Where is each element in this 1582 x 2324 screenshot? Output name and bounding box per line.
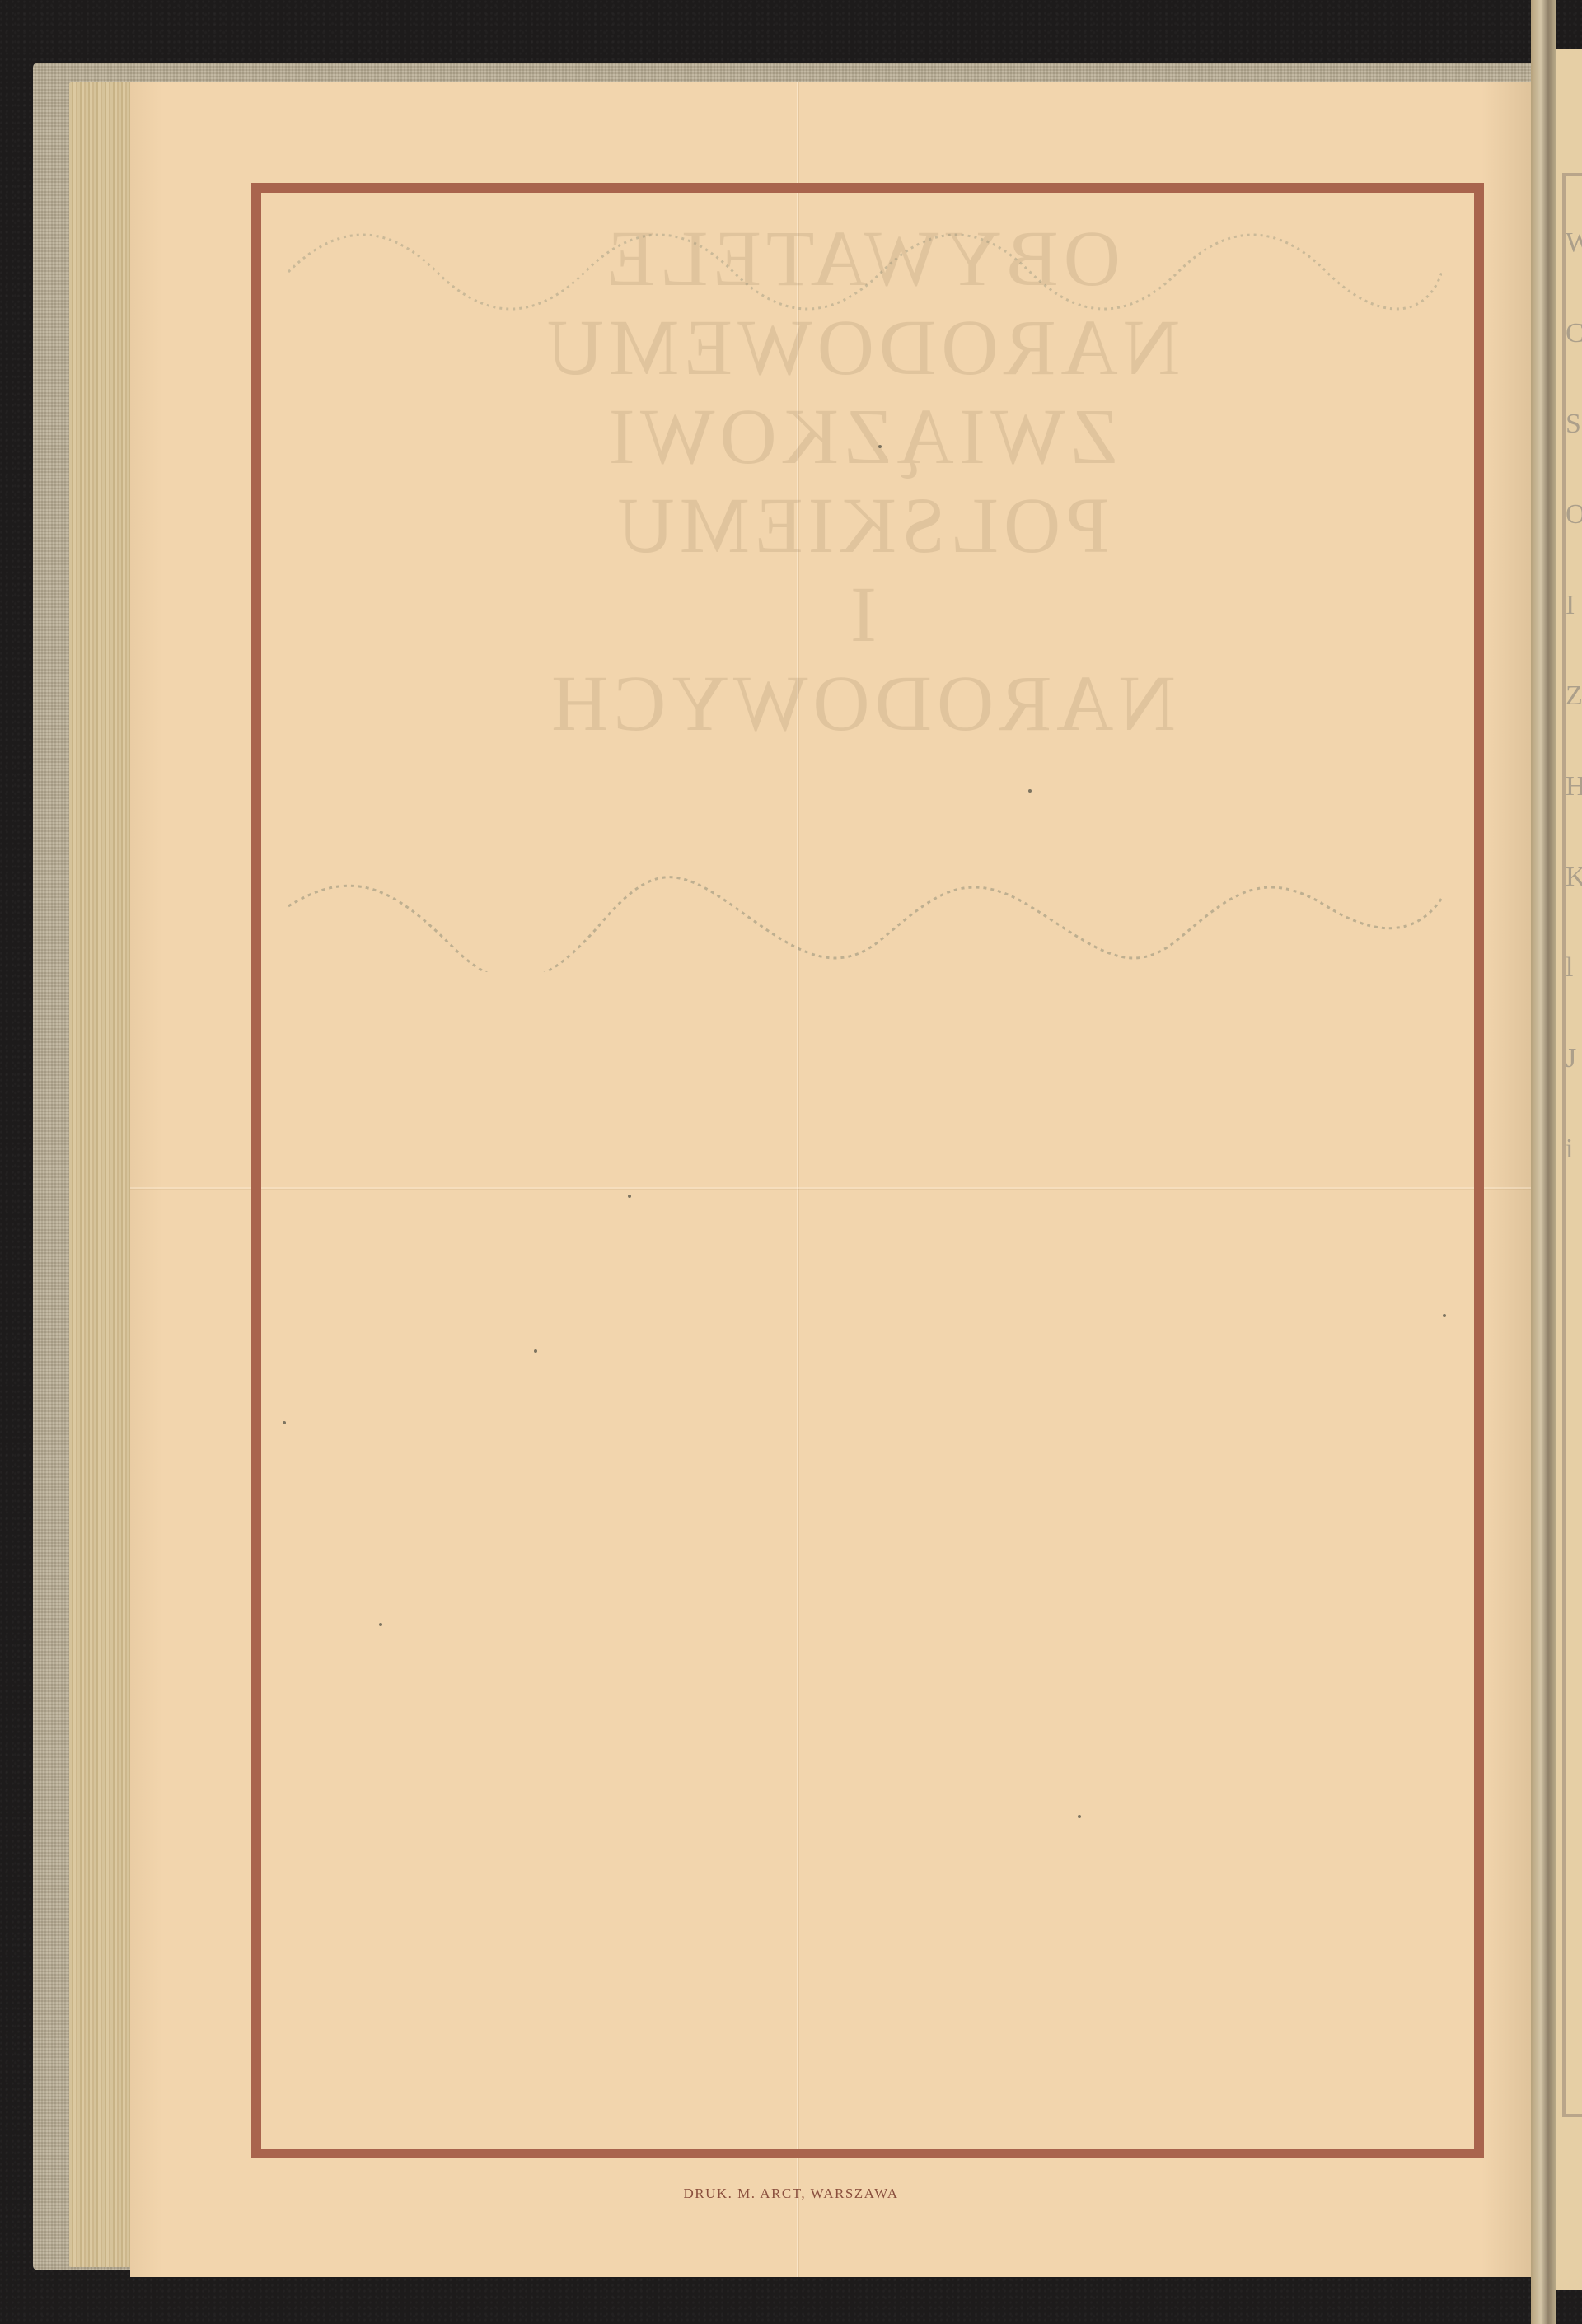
paper-speck [534,1349,537,1353]
book-gutter [1531,0,1556,2324]
adjacent-glyph: K [1566,832,1582,923]
decorative-frame [251,183,1484,2158]
adjacent-glyph: W [1566,198,1582,288]
adjacent-glyph: S [1566,379,1582,470]
paper-speck [1078,1815,1081,1818]
adjacent-glyph: C [1566,288,1582,379]
paper-speck [1028,789,1032,793]
adjacent-glyph: H [1566,741,1582,832]
paper-speck [379,1623,382,1626]
adjacent-glyph: I [1566,560,1582,651]
adjacent-glyph: J [1566,1013,1582,1104]
adjacent-glyph: l [1566,923,1582,1013]
adjacent-glyph: i [1566,1104,1582,1195]
paper-speck [1443,1314,1446,1317]
printer-imprint: DRUK. M. ARCT, WARSZAWA [0,2186,1582,2202]
paper-speck [283,1421,286,1424]
paper-speck [628,1195,631,1198]
adjacent-page-glyphs: W C S O I Z H K l J i [1566,198,1582,2093]
page-edge-stack [69,82,132,2267]
adjacent-glyph: O [1566,470,1582,560]
paper-speck [878,445,882,448]
adjacent-glyph: Z [1566,651,1582,741]
